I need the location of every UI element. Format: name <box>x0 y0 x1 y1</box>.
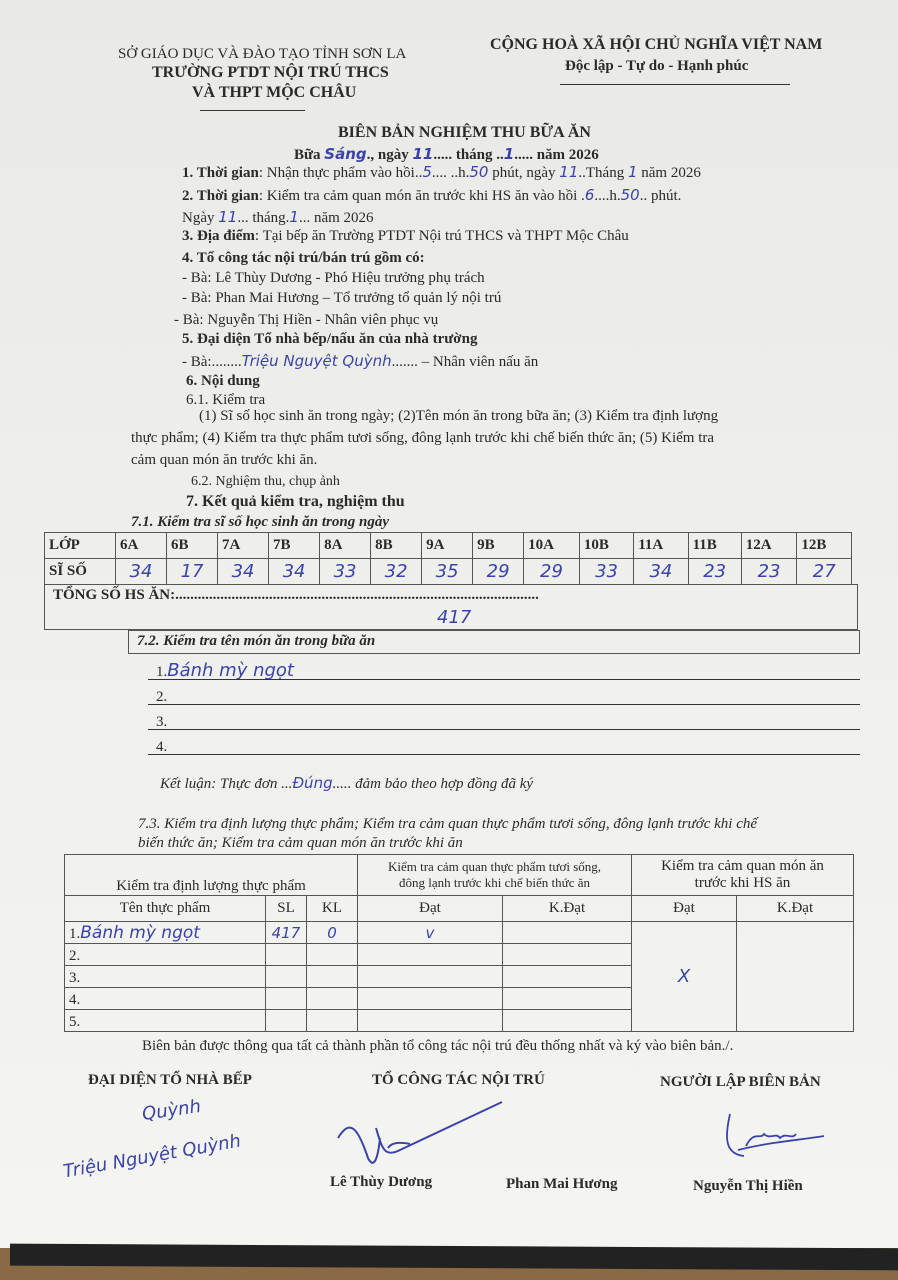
food-name-cell: 3. <box>65 966 266 988</box>
col-dat: Đạt <box>358 896 503 922</box>
count-cell: 27 <box>797 559 852 585</box>
count-cell: 33 <box>320 559 371 585</box>
food-kl-cell <box>307 1010 358 1032</box>
food-name-cell: 4. <box>65 988 266 1010</box>
food-dat-cell <box>358 1010 503 1032</box>
food-kl-cell <box>307 988 358 1010</box>
section-6-para-2: thực phẩm; (4) Kiểm tra thực phẩm tươi s… <box>131 430 714 447</box>
food-inspection-table: Kiểm tra định lượng thực phẩm Kiểm tra c… <box>64 854 854 1032</box>
board-sign-title: TỔ CÔNG TÁC NỘI TRÚ <box>372 1072 545 1089</box>
class-header-label: LỚP <box>45 533 116 559</box>
class-cell: 9B <box>473 533 524 559</box>
food-dat-cell: v <box>358 922 503 944</box>
board-member-1-name: Lê Thùy Dương <box>330 1174 432 1191</box>
col-sl: SL <box>266 896 307 922</box>
dish-number: 3. <box>156 714 167 730</box>
section-6-para-1: (1) Sĩ số học sinh ăn trong ngày; (2)Tên… <box>199 408 718 425</box>
group-quantity-header: Kiểm tra định lượng thực phẩm <box>65 855 358 896</box>
s2-text-c: .. phút. <box>640 188 682 204</box>
count-cell: 29 <box>473 559 524 585</box>
class-cell: 6B <box>167 533 218 559</box>
count-cell: 33 <box>579 559 633 585</box>
dish-underline <box>148 704 860 705</box>
conclusion-b: ..... đảm bảo theo hợp đồng đã ký <box>333 776 533 792</box>
food-row-number: 2. <box>69 948 80 964</box>
count-cell: 17 <box>167 559 218 585</box>
s1-text-e: năm 2026 <box>638 165 701 181</box>
group-fresh-header: Kiểm tra cảm quan thực phẩm tươi sống,đô… <box>358 855 632 896</box>
year-label: ..... năm 2026 <box>514 147 599 163</box>
section-5-title: 5. Đại diện Tổ nhà bếp/nấu ăn của nhà tr… <box>182 331 477 348</box>
food-dat-cell <box>358 966 503 988</box>
col-dat2: Đạt <box>632 896 737 922</box>
dish-item: 2. <box>156 685 167 706</box>
s1-text-b: .... ..h. <box>432 165 470 181</box>
header-school-line1: TRƯỜNG PTDT NỘI TRÚ THCS <box>152 64 389 82</box>
section-6-para-3: cảm quan món ăn trước khi ăn. <box>131 452 317 469</box>
meal-value: Sáng <box>324 145 366 163</box>
count-cell: 23 <box>741 559 797 585</box>
class-cell: 12B <box>797 533 852 559</box>
food-row-number: 1. <box>69 926 80 942</box>
food-kl-cell <box>307 944 358 966</box>
section-2-label: 2. Thời gian <box>182 188 259 204</box>
count-cell: 29 <box>524 559 580 585</box>
section-7-2-title: 7.2. Kiểm tra tên món ăn trong bữa ăn <box>137 633 375 650</box>
section-7-2-box: 7.2. Kiểm tra tên món ăn trong bữa ăn <box>128 630 860 654</box>
food-row: 1.Bánh mỳ ngọt4170vX <box>65 922 854 944</box>
dish-underline <box>148 729 860 730</box>
col-kl: KL <box>307 896 358 922</box>
count-cell: 32 <box>371 559 422 585</box>
class-cell: 8B <box>371 533 422 559</box>
count-header-label: SĨ SỐ <box>45 559 116 585</box>
section-4-title: 4. Tổ công tác nội trú/bán trú gồm có: <box>182 250 425 267</box>
header-department: SỞ GIÁO DỤC VÀ ĐÀO TẠO TỈNH SƠN LA <box>118 46 406 63</box>
header-school-line2: VÀ THPT MỘC CHÂU <box>192 84 356 102</box>
dish-name: Bánh mỳ ngọt <box>167 660 294 681</box>
member-2: - Bà: Phan Mai Hương – Tổ trưởng tổ quản… <box>182 290 501 307</box>
s2-date-b: ... tháng. <box>237 210 289 226</box>
food-sl-cell <box>266 944 307 966</box>
section-1: 1. Thời gian: Nhận thực phẩm vào hồi..5.… <box>182 163 701 182</box>
class-cell: 11A <box>634 533 688 559</box>
food-row-number: 3. <box>69 970 80 986</box>
header-left-underline <box>200 110 305 111</box>
food-table-col-header: Tên thực phẩm SL KL Đạt K.Đạt Đạt K.Đạt <box>65 896 854 922</box>
food-kl-cell <box>307 966 358 988</box>
section-2: 2. Thời gian: Kiểm tra cảm quan món ăn t… <box>182 186 681 205</box>
s2-date-a: Ngày <box>182 210 218 226</box>
s5-suffix: ....... – Nhân viên nấu ăn <box>392 354 539 370</box>
food-table-group-header: Kiểm tra định lượng thực phẩm Kiểm tra c… <box>65 855 854 896</box>
food-kdat-cell <box>503 944 632 966</box>
s2-minute: 50 <box>621 186 640 204</box>
s1-text-c: phút, ngày <box>488 165 559 181</box>
signature-le-thuy-duong <box>330 1098 510 1178</box>
food-sl-cell <box>266 1010 307 1032</box>
month-value: 1 <box>504 145 514 163</box>
class-cell: 10A <box>524 533 580 559</box>
author-sign-title: NGƯỜI LẬP BIÊN BẢN <box>660 1074 821 1091</box>
total-students-label: TỔNG SỐ HS ĂN:..........................… <box>53 587 539 604</box>
food-kdat-cell <box>503 1010 632 1032</box>
total-students-box: TỔNG SỐ HS ĂN:..........................… <box>44 584 858 630</box>
s2-hour: 6 <box>585 186 595 204</box>
food-kdat-cell <box>503 922 632 944</box>
kitchen-sign-title: ĐẠI DIỆN TỔ NHÀ BẾP <box>88 1072 252 1089</box>
section-7-3-title-1: 7.3. Kiểm tra định lượng thực phẩm; Kiểm… <box>138 816 757 833</box>
class-cell: 11B <box>688 533 741 559</box>
day-value: 11 <box>412 145 433 163</box>
s1-month: 1 <box>628 163 638 181</box>
s1-day: 11 <box>559 163 578 181</box>
s2-month: 1 <box>289 208 299 226</box>
section-3-text: : Tại bếp ăn Trường PTDT Nội trú THCS và… <box>255 228 629 244</box>
food-kdat-cell <box>503 988 632 1010</box>
food-name-cell: 2. <box>65 944 266 966</box>
count-cell: 35 <box>422 559 473 585</box>
section-7-3-title-2: biến thức ăn; Kiểm tra cảm quan món ăn t… <box>138 835 463 852</box>
count-cell: 34 <box>218 559 269 585</box>
group-dish-header: Kiểm tra cảm quan món ăntrước khi HS ăn <box>632 855 854 896</box>
col-food-name: Tên thực phẩm <box>65 896 266 922</box>
food-dat-cell <box>358 944 503 966</box>
count-cell: 34 <box>269 559 320 585</box>
col-kdat2: K.Đạt <box>737 896 854 922</box>
s1-text-a: : Nhận thực phẩm vào hồi.. <box>259 165 423 181</box>
section-5-line: - Bà:........Triệu Nguyệt Quỳnh....... –… <box>182 352 538 371</box>
conclusion-a: Kết luận: Thực đơn ... <box>160 776 292 792</box>
month-label: ..... tháng .. <box>433 147 503 163</box>
signature-nguyen-thi-hien <box>720 1110 830 1170</box>
total-students-value: 417 <box>437 607 471 628</box>
meal-line: Bữa Sáng., ngày 11..... tháng ..1..... n… <box>294 145 599 164</box>
member-3: - Bà: Nguyễn Thị Hiền - Nhân viên phục v… <box>174 312 438 329</box>
author-name: Nguyễn Thị Hiền <box>693 1178 803 1195</box>
closing-statement: Biên bản được thông qua tất cả thành phầ… <box>142 1038 733 1055</box>
board-member-2-name: Phan Mai Hương <box>506 1176 618 1193</box>
food-kdat-cell <box>503 966 632 988</box>
dish-item: 1.Bánh mỳ ngọt <box>156 660 294 681</box>
count-cell: 34 <box>634 559 688 585</box>
s2-text-b: ....h. <box>594 188 620 204</box>
s5-name: Triệu Nguyệt Quỳnh <box>242 352 392 370</box>
section-6-1: 6.1. Kiểm tra <box>186 392 265 409</box>
dish-check-kdat-cell <box>737 922 854 1032</box>
count-cell: 34 <box>116 559 167 585</box>
s5-prefix: - Bà:........ <box>182 354 242 370</box>
header-country: CỘNG HOÀ XÃ HỘI CHỦ NGHĨA VIỆT NAM <box>490 36 822 54</box>
class-header-row: LỚP 6A6B7A7B8A8B9A9B10A10B11A11B12A12B <box>45 533 852 559</box>
s1-hour: 5 <box>422 163 432 181</box>
dish-number: 2. <box>156 689 167 705</box>
dish-number: 4. <box>156 739 167 755</box>
dish-underline <box>148 679 860 680</box>
header-motto: Độc lập - Tự do - Hạnh phúc <box>565 58 748 75</box>
group-dish-line1: Kiểm tra cảm quan món ăn <box>636 858 849 875</box>
food-sl-cell <box>266 988 307 1010</box>
count-cell: 23 <box>688 559 741 585</box>
conclusion-value: Đúng <box>292 774 332 792</box>
class-cell: 7B <box>269 533 320 559</box>
menu-conclusion: Kết luận: Thực đơn ...Đúng..... đảm bảo … <box>160 774 533 793</box>
class-cell: 12A <box>741 533 797 559</box>
section-3: 3. Địa điểm: Tại bếp ăn Trường PTDT Nội … <box>182 228 629 245</box>
dish-number: 1. <box>156 664 167 680</box>
dish-item: 3. <box>156 710 167 731</box>
meal-prefix: Bữa <box>294 147 324 163</box>
section-7-title: 7. Kết quả kiểm tra, nghiệm thu <box>186 493 405 511</box>
food-name: Bánh mỳ ngọt <box>80 923 200 943</box>
food-dat-cell <box>358 988 503 1010</box>
s1-text-d: ..Tháng <box>578 165 628 181</box>
group-fresh-line1: Kiểm tra cảm quan thực phẩm tươi sống, <box>362 859 627 875</box>
food-sl-cell <box>266 966 307 988</box>
day-label: ., ngày <box>367 147 413 163</box>
section-6-title: 6. Nội dung <box>186 373 260 390</box>
section-3-label: 3. Địa điểm <box>182 228 255 244</box>
section-1-label: 1. Thời gian <box>182 165 259 181</box>
food-row-number: 5. <box>69 1014 80 1030</box>
class-cell: 9A <box>422 533 473 559</box>
class-cell: 8A <box>320 533 371 559</box>
class-cell: 6A <box>116 533 167 559</box>
s1-minute: 50 <box>469 163 488 181</box>
food-sl-cell: 417 <box>266 922 307 944</box>
class-count-table: LỚP 6A6B7A7B8A8B9A9B10A10B11A11B12A12B S… <box>44 532 852 585</box>
s2-text-a: : Kiểm tra cảm quan món ăn trước khi HS … <box>259 188 585 204</box>
group-dish-line2: trước khi HS ăn <box>636 875 849 892</box>
class-cell: 10B <box>579 533 633 559</box>
header-right-underline <box>560 84 790 85</box>
member-1: - Bà: Lê Thùy Dương - Phó Hiệu trưởng ph… <box>182 270 485 287</box>
dish-item: 4. <box>156 735 167 756</box>
class-count-row: SĨ SỐ 3417343433323529293334232327 <box>45 559 852 585</box>
binder-edge <box>10 1244 898 1271</box>
group-fresh-line2: đông lạnh trước khi chế biến thức ăn <box>362 875 627 891</box>
class-cell: 7A <box>218 533 269 559</box>
s2-day: 11 <box>218 208 237 226</box>
section-7-1-title: 7.1. Kiểm tra sĩ số học sinh ăn trong ng… <box>131 514 389 531</box>
section-2-date: Ngày 11... tháng.1... năm 2026 <box>182 208 374 227</box>
dish-underline <box>148 754 860 755</box>
document-title: BIÊN BẢN NGHIỆM THU BỮA ĂN <box>338 124 591 142</box>
food-kl-cell: 0 <box>307 922 358 944</box>
food-name-cell: 1.Bánh mỳ ngọt <box>65 922 266 944</box>
s2-date-c: ... năm 2026 <box>299 210 374 226</box>
dish-check-dat-cell: X <box>632 922 737 1032</box>
section-6-2: 6.2. Nghiệm thu, chụp ảnh <box>191 474 340 490</box>
food-name-cell: 5. <box>65 1010 266 1032</box>
food-row-number: 4. <box>69 992 80 1008</box>
col-kdat: K.Đạt <box>503 896 632 922</box>
